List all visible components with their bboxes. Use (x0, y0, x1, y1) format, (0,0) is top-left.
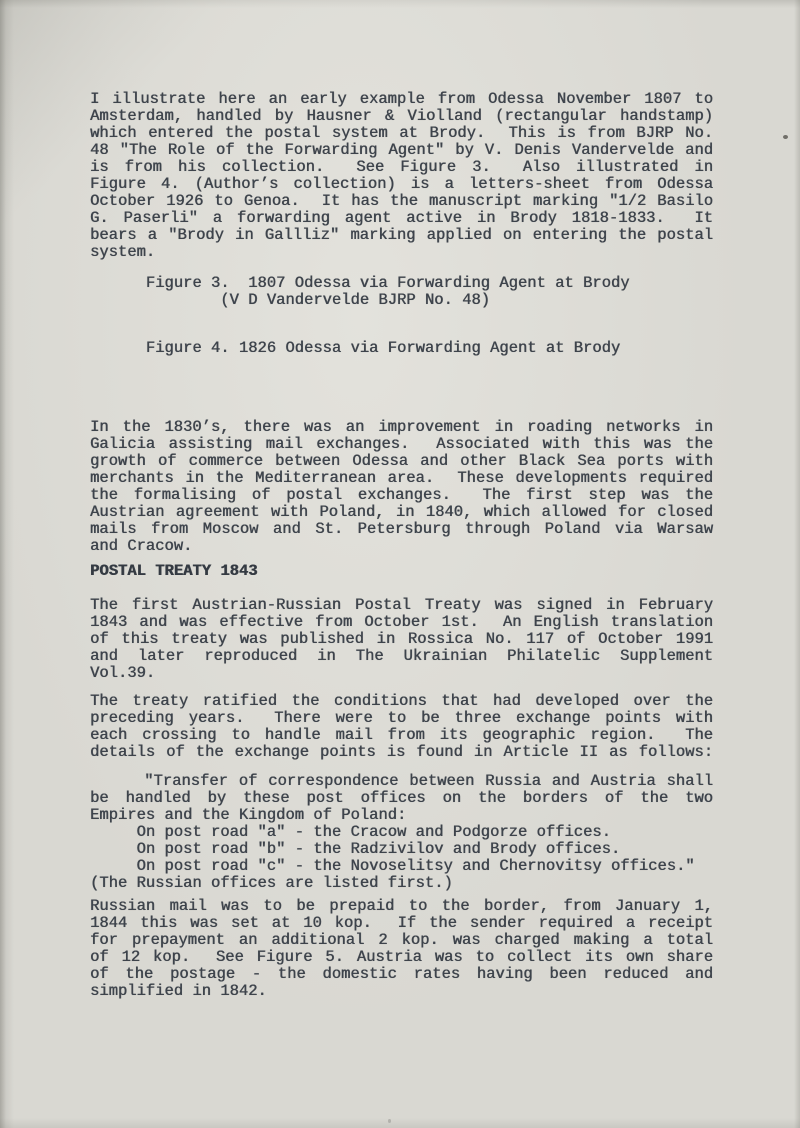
text-line: POSTAL TREATY 1843 (90, 563, 713, 580)
text-line: growth of commerce between Odessa and ot… (90, 453, 713, 470)
text-line: and later reproduced in The Ukrainian Ph… (90, 648, 713, 665)
text-line: On post road "a" - the Cracow and Podgor… (90, 824, 713, 841)
text-line: On post road "c" - the Novoselitsy and C… (90, 858, 713, 875)
text-line: preceding years. There were to be three … (90, 710, 713, 727)
text-line: of this treaty was published in Rossica … (90, 631, 713, 648)
text-line: (V D Vandervelde BJRP No. 48) (90, 292, 713, 309)
article-2-quote: "Transfer of correspondence between Russ… (90, 773, 713, 892)
prepayment-paragraph: Russian mail was to be prepaid to the bo… (90, 898, 713, 1000)
text-line: (The Russian offices are listed first.) (90, 875, 713, 892)
text-line: of the postage - the domestic rates havi… (90, 966, 713, 983)
text-line: The first Austrian-Russian Postal Treaty… (90, 597, 713, 614)
dust-speck (388, 1119, 391, 1123)
text-line: simplified in 1842. (90, 983, 713, 1000)
text-line: 48 "The Role of the Forwarding Agent" by… (90, 142, 713, 159)
scanned-document-page: I illustrate here an early example from … (0, 0, 800, 1128)
text-line: for prepayment an additional 2 kop. was … (90, 932, 713, 949)
text-line: G. Paserli" a forwarding agent active in… (90, 210, 713, 227)
text-line: Figure 4. 1826 Odessa via Forwarding Age… (90, 340, 713, 357)
figure-4-caption: Figure 4. 1826 Odessa via Forwarding Age… (90, 340, 713, 357)
galicia-roads-paragraph: In the 1830’s, there was an improvement … (90, 419, 713, 555)
text-line: Russian mail was to be prepaid to the bo… (90, 898, 713, 915)
text-line: Galicia assisting mail exchanges. Associ… (90, 436, 713, 453)
text-line: mails from Moscow and St. Petersburg thr… (90, 521, 713, 538)
text-line: The treaty ratified the conditions that … (90, 693, 713, 710)
text-line: Austrian agreement with Poland, in 1840,… (90, 504, 713, 521)
intro-paragraph: I illustrate here an early example from … (90, 91, 713, 261)
text-line: merchants in the Mediterranean area. The… (90, 470, 713, 487)
text-line: On post road "b" - the Radzivilov and Br… (90, 841, 713, 858)
text-line: In the 1830’s, there was an improvement … (90, 419, 713, 436)
text-line: Figure 4. (Author’s collection) is a let… (90, 176, 713, 193)
text-line: "Transfer of correspondence between Russ… (90, 773, 713, 790)
text-line: details of the exchange points is found … (90, 744, 713, 761)
treaty-ratified-paragraph: The treaty ratified the conditions that … (90, 693, 713, 761)
text-line: Empires and the Kingdom of Poland: (90, 807, 713, 824)
text-line: system. (90, 244, 713, 261)
text-line: of 12 kop. See Figure 5. Austria was to … (90, 949, 713, 966)
text-line: Vol.39. (90, 665, 713, 682)
text-line: 1843 and was effective from October 1st.… (90, 614, 713, 631)
text-line: Amsterdam, handled by Hausner & Violland… (90, 108, 713, 125)
figure-3-caption: Figure 3. 1807 Odessa via Forwarding Age… (90, 275, 713, 309)
text-line: October 1926 to Genoa. It has the manusc… (90, 193, 713, 210)
text-line: bears a "Brody in Gallliz" marking appli… (90, 227, 713, 244)
text-line: 1844 this was set at 10 kop. If the send… (90, 915, 713, 932)
text-line: and Cracow. (90, 538, 713, 555)
text-line: Figure 3. 1807 Odessa via Forwarding Age… (90, 275, 713, 292)
typewritten-text-column: I illustrate here an early example from … (90, 0, 713, 1000)
text-line: each crossing to handle mail from its ge… (90, 727, 713, 744)
postal-treaty-heading: POSTAL TREATY 1843 (90, 563, 713, 580)
text-line: be handled by these post offices on the … (90, 790, 713, 807)
treaty-signing-paragraph: The first Austrian-Russian Postal Treaty… (90, 597, 713, 682)
text-line: which entered the postal system at Brody… (90, 125, 713, 142)
text-line: I illustrate here an early example from … (90, 91, 713, 108)
text-line: is from his collection. See Figure 3. Al… (90, 159, 713, 176)
text-line: the formalising of postal exchanges. The… (90, 487, 713, 504)
dust-speck (783, 135, 788, 139)
